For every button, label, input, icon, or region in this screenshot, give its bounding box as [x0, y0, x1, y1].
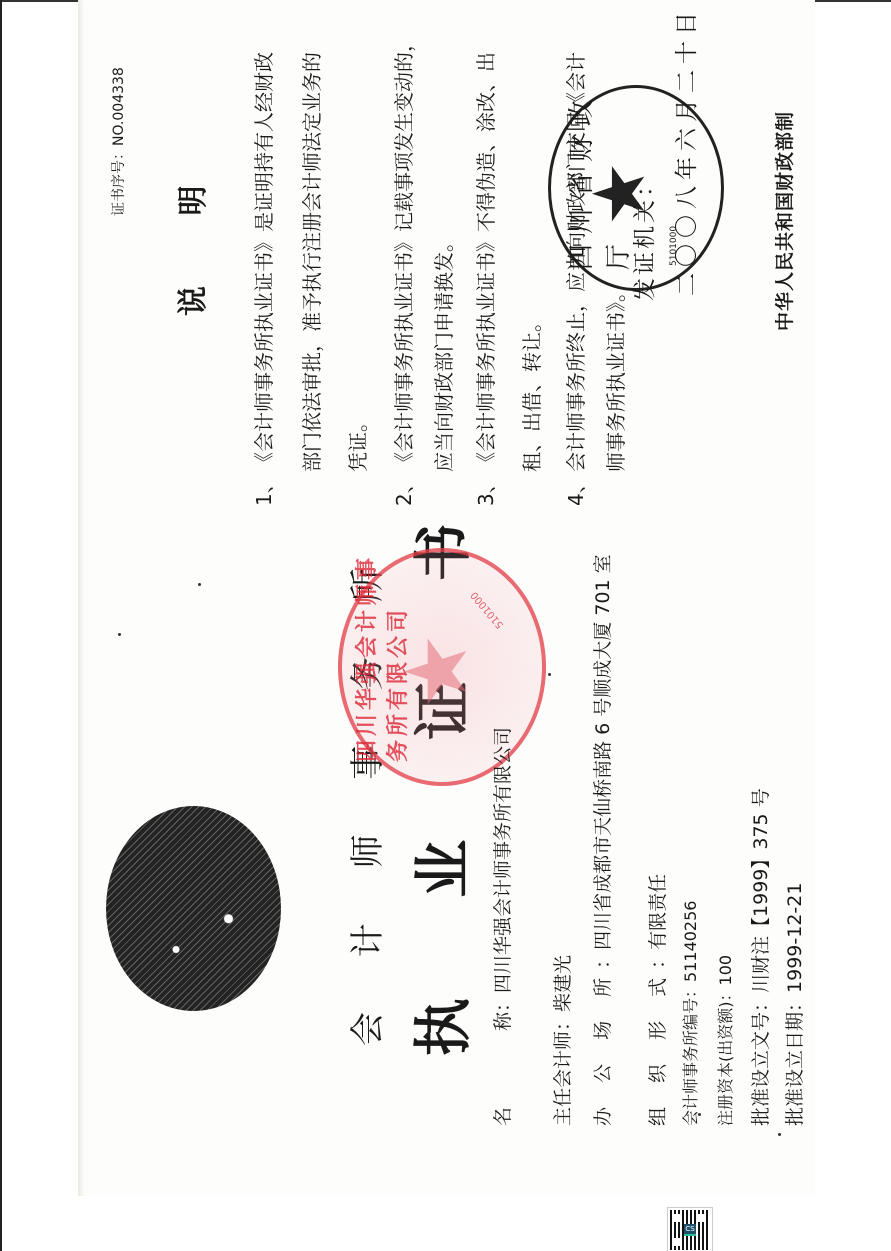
field-label: 注册资本(出资额) — [713, 1002, 736, 1127]
field-value: 川财注【1999】375 号 — [750, 788, 772, 993]
field-firm-number: 会计师事务所编号：51140256 — [678, 901, 701, 1126]
field-label: 批准设立文号 — [746, 1012, 773, 1126]
scan-speck — [118, 633, 121, 636]
issue-date: 二〇〇八年六月二十日 — [668, 6, 701, 296]
field-label: 办 公 场 所 — [588, 969, 615, 1126]
notes-title: 说 明 — [168, 156, 212, 316]
field-value: 100 — [716, 955, 735, 986]
scan-speck — [778, 1133, 781, 1136]
scanned-certificate: 会 计 师 事 务 所 执 业 证 书 四川华强会计师事务所有限公司 ★ 510… — [78, 0, 815, 1196]
issuer-label: 发证机关： — [626, 171, 659, 301]
scan-speck — [698, 1113, 701, 1116]
scan-speck — [198, 583, 201, 586]
field-name: 名 称：四川华强会计师事务所有限公司 — [488, 727, 515, 1126]
field-value: 有限责任 — [647, 874, 669, 950]
star-icon: ★ — [394, 633, 480, 710]
field-registered-capital: 注册资本(出资额)：100 — [713, 955, 736, 1126]
certificate-serial: 证书序号：NO.004338 — [108, 67, 128, 216]
note-item: 3、《会计师事务所执业证书》不得伪造、涂改、出 — [470, 52, 499, 506]
company-seal-code: 5101000 — [469, 589, 506, 630]
issuer-footer: 中华人民共和国财政部制 — [770, 111, 797, 331]
field-label: 主任会计师 — [548, 1031, 575, 1126]
note-item: 2、《会计师事务所执业证书》记载事项发生变动的， — [388, 32, 417, 506]
field-value: 四川省成都市天仙桥南路 6 号顺成大厦 701 室 — [592, 554, 614, 950]
field-label: 会计师事务所编号 — [678, 998, 701, 1126]
field-org-form: 组 织 形 式：有限责任 — [643, 874, 670, 1126]
scan-speck — [548, 673, 551, 676]
qr-badge: CS — [684, 1224, 696, 1236]
field-label: 名 称 — [488, 1012, 515, 1126]
certificate-page-rotated: 会 计 师 事 务 所 执 业 证 书 四川华强会计师事务所有限公司 ★ 510… — [78, 0, 815, 1196]
note-item-continued: 师事务所执业证书》。 — [600, 282, 629, 472]
window-left-border — [0, 0, 2, 1251]
field-approval-date: 批准设立日期：1999-12-21 — [780, 883, 807, 1126]
field-label: 批准设立日期 — [780, 1012, 807, 1126]
field-approval-doc: 批准设立文号：川财注【1999】375 号 — [746, 788, 773, 1126]
note-item-continued: 租、出借、转让。 — [516, 312, 545, 472]
national-emblem-icon — [106, 806, 281, 1011]
field-value: 51140256 — [681, 901, 700, 982]
note-item-continued: 部门依法审批，准予执行注册会计师法定业务的 — [296, 52, 325, 472]
field-office-address: 办 公 场 所：四川省成都市天仙桥南路 6 号顺成大厦 701 室 — [588, 554, 615, 1126]
qr-code[interactable]: CS — [668, 1208, 712, 1251]
field-value: 柴建光 — [552, 955, 574, 1012]
field-chief-accountant: 主任会计师：柴建光 — [548, 955, 575, 1126]
field-label: 组 织 形 式 — [643, 969, 670, 1126]
note-item-continued: 应当向财政部门申请换发。 — [428, 232, 457, 472]
note-item: 1、《会计师事务所执业证书》是证明持有人经财政 — [248, 52, 277, 506]
field-value: 四川华强会计师事务所有限公司 — [492, 727, 514, 993]
note-item-continued: 凭证。 — [342, 412, 371, 472]
field-value: 1999-12-21 — [784, 883, 806, 993]
